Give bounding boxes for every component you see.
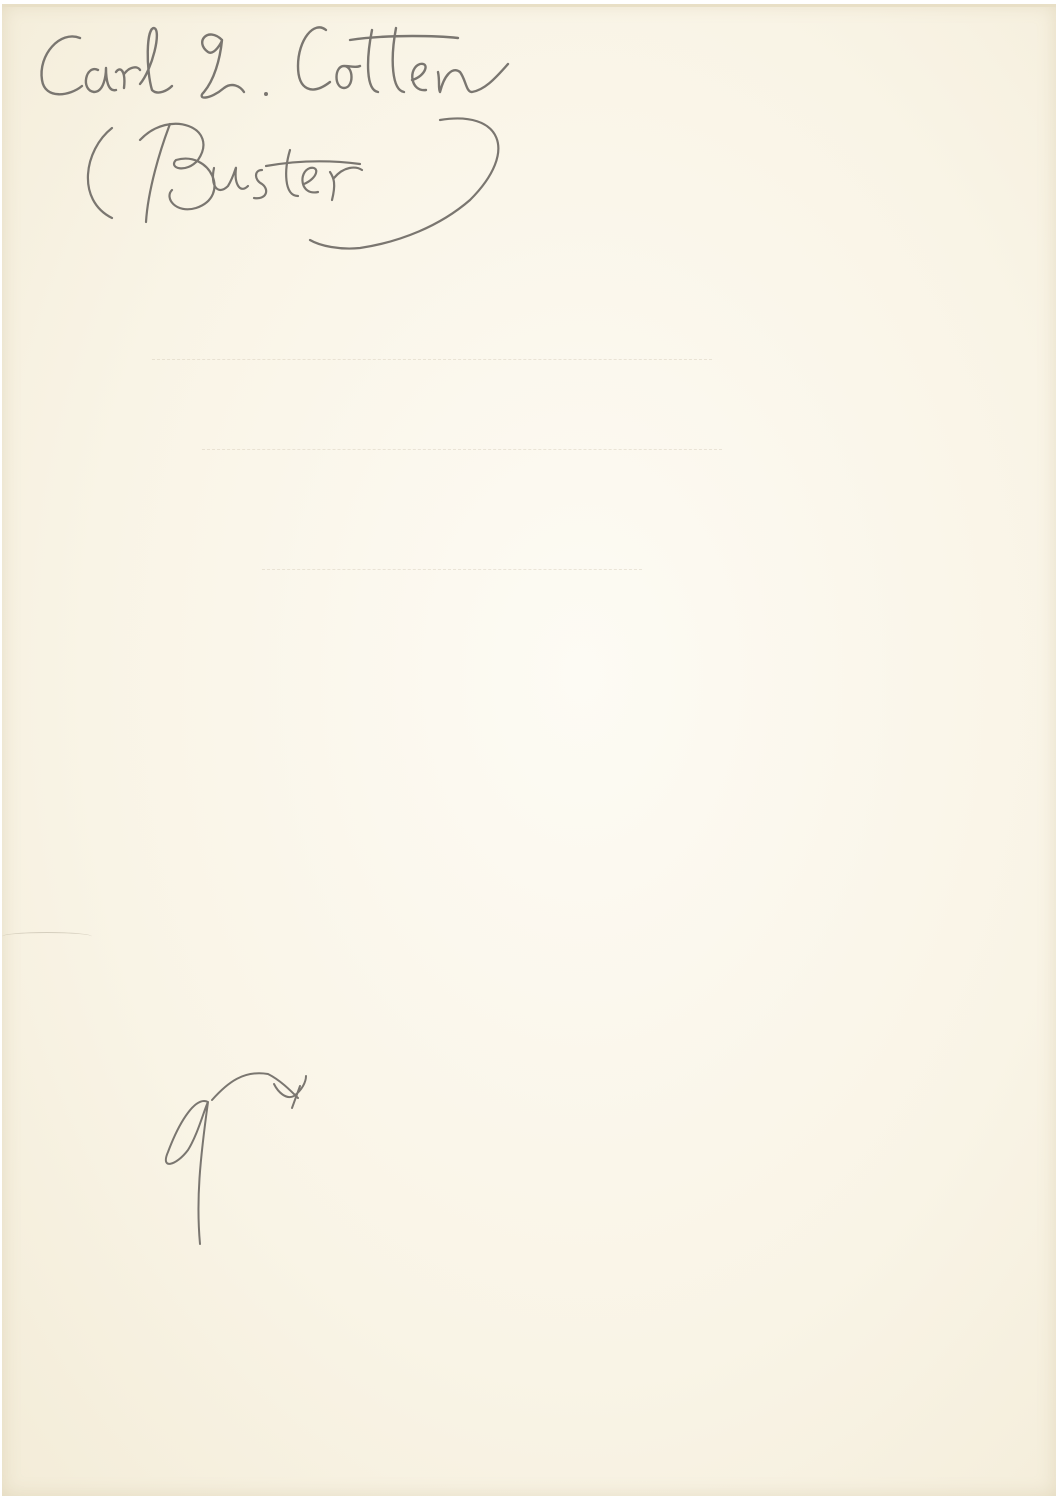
handwritten-name — [42, 27, 508, 97]
handwritten-mark — [166, 1073, 306, 1244]
handwritten-nickname — [88, 118, 498, 248]
handwriting-layer — [0, 0, 1058, 1498]
